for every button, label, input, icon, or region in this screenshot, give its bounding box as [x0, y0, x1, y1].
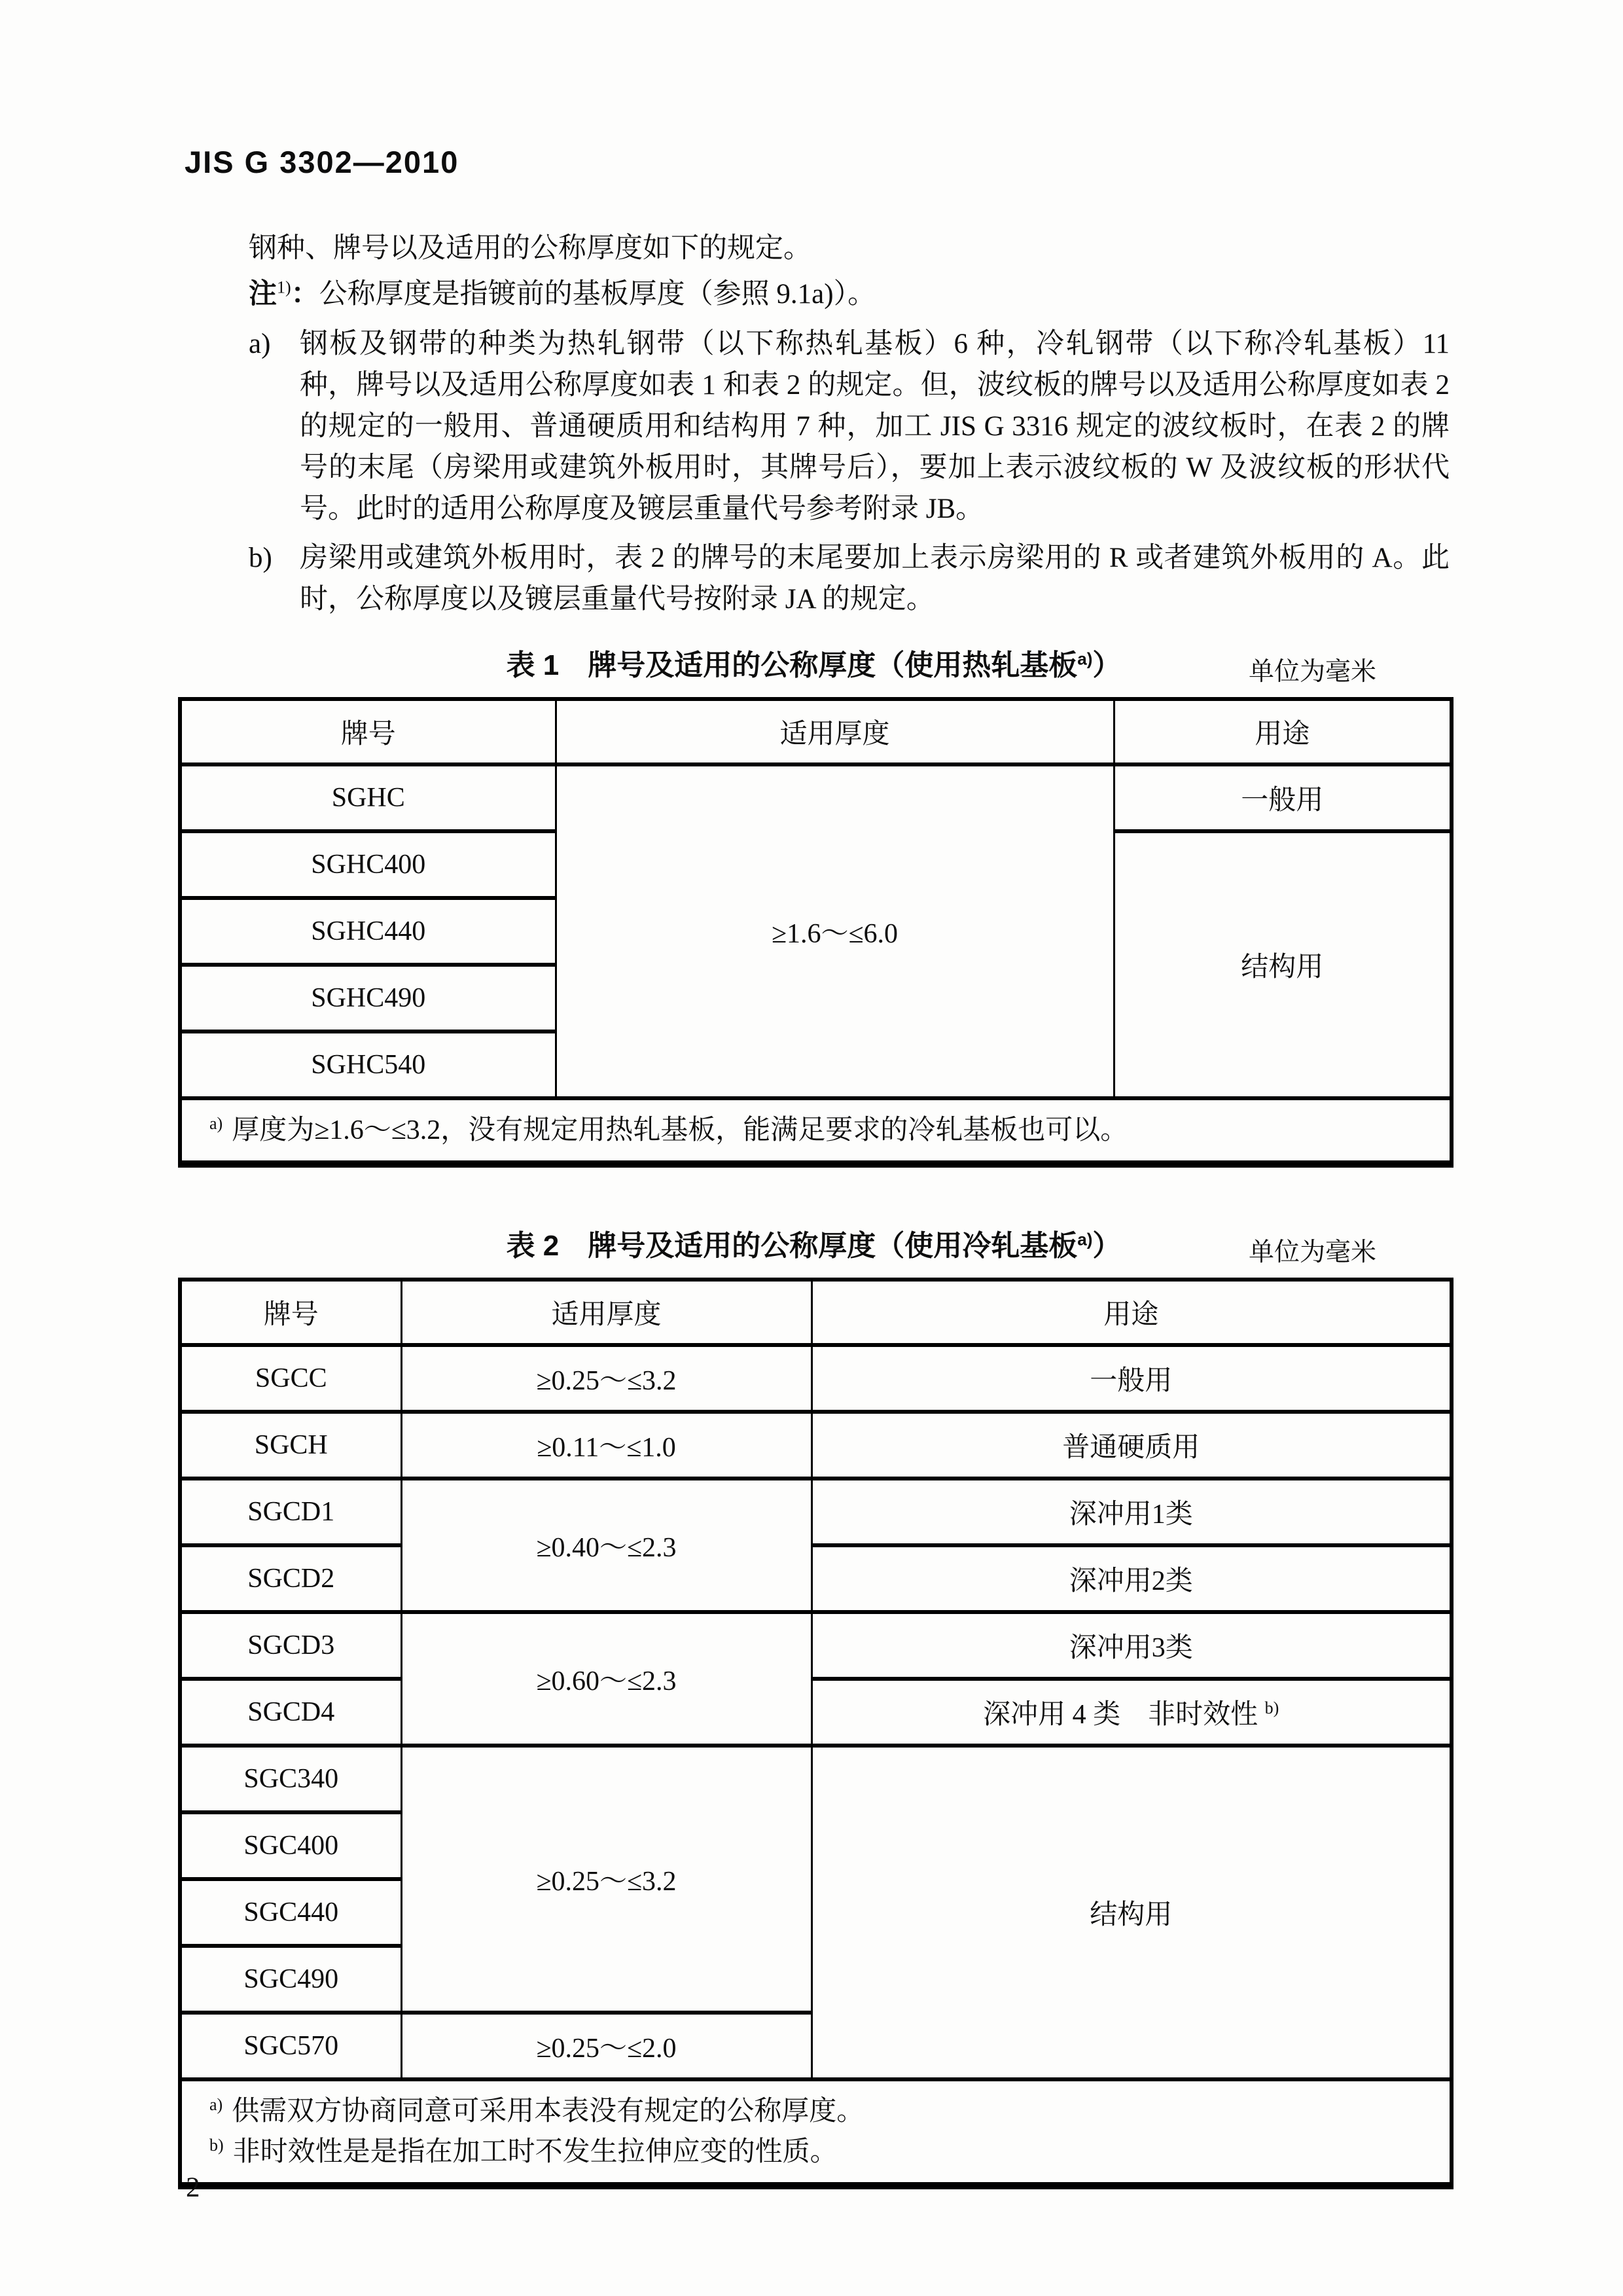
- list-item-a-text: 钢板及钢带的种类为热轧钢带（以下称热轧基板）6 种，冷轧钢带（以下称冷轧基板）1…: [300, 323, 1450, 529]
- list-item-b: b) 房梁用或建筑外板用时，表 2 的牌号的末尾要加上表示房梁用的 R 或者建筑…: [249, 537, 1450, 620]
- table2-header-row: 牌号 适用厚度 用途: [180, 1280, 1452, 1345]
- grade-cell: SGHC540: [180, 1031, 556, 1098]
- use-cell: 结构用: [1114, 831, 1452, 1098]
- note-colon: ：: [291, 279, 319, 310]
- list-item-b-text: 房梁用或建筑外板用时，表 2 的牌号的末尾要加上表示房梁用的 R 或者建筑外板用…: [300, 537, 1450, 620]
- grade-cell: SGHC440: [180, 898, 556, 965]
- grade-cell: SGC340: [180, 1746, 401, 1812]
- footnote-marker: a): [209, 1114, 223, 1133]
- footnote-text: 供需双方协商同意可采用本表没有规定的公称厚度。: [232, 2096, 864, 2126]
- grade-cell: SGC440: [180, 1879, 401, 1946]
- table2-header-thickness: 适用厚度: [401, 1280, 811, 1345]
- table1-title-close: ）: [1092, 649, 1121, 681]
- note-superscript: 1): [277, 278, 291, 297]
- use-cell: 普通硬质用: [811, 1412, 1452, 1479]
- thickness-cell: ≥0.40～≤2.3: [401, 1479, 811, 1612]
- table1-footnote-row: a)厚度为≥1.6～≤3.2，没有规定用热轧基板，能满足要求的冷轧基板也可以。: [180, 1098, 1452, 1164]
- thickness-cell: ≥1.6～≤6.0: [556, 764, 1114, 1098]
- note-text: 公称厚度是指镀前的基板厚度（参照 9.1a)）。: [319, 279, 876, 310]
- table-row: SGCH ≥0.11～≤1.0 普通硬质用: [180, 1412, 1452, 1479]
- list-item-a: a) 钢板及钢带的种类为热轧钢带（以下称热轧基板）6 种，冷轧钢带（以下称冷轧基…: [249, 323, 1450, 529]
- table1-hot-rolled-grades: 牌号 适用厚度 用途 SGHC ≥1.6～≤6.0 一般用 SGHC400 结构…: [178, 697, 1454, 1168]
- page-content: 钢种、牌号以及适用的公称厚度如下的规定。 注1)：公称厚度是指镀前的基板厚度（参…: [178, 228, 1450, 2189]
- grade-cell: SGC400: [180, 1812, 401, 1879]
- document-page: JIS G 3302—2010 钢种、牌号以及适用的公称厚度如下的规定。 注1)…: [0, 0, 1623, 2296]
- use-cell: 一般用: [811, 1345, 1452, 1412]
- table-row: SGCD3 ≥0.60～≤2.3 深冲用3类: [180, 1612, 1452, 1679]
- grade-cell: SGC490: [180, 1946, 401, 2013]
- thickness-cell: ≥0.25～≤3.2: [401, 1746, 811, 2013]
- table2-title-superscript: a): [1077, 1229, 1092, 1249]
- list-item-b-label: b): [249, 537, 300, 620]
- grade-cell: SGCC: [180, 1345, 401, 1412]
- table2-header-use: 用途: [811, 1280, 1452, 1345]
- use-cell: 深冲用1类: [811, 1479, 1452, 1545]
- footnote-line: a)供需双方协商同意可采用本表没有规定的公称厚度。: [209, 2092, 1436, 2131]
- footnote-text: 非时效性是是指在加工时不发生拉伸应变的性质。: [233, 2137, 838, 2167]
- table1-unit-note: 单位为毫米: [1249, 651, 1376, 688]
- grade-cell: SGC570: [180, 2013, 401, 2079]
- grade-cell: SGCD4: [180, 1679, 401, 1746]
- footnote-line: b)非时效性是是指在加工时不发生拉伸应变的性质。: [209, 2132, 1436, 2172]
- footnote-marker: a): [209, 2095, 223, 2114]
- table-row: SGCD1 ≥0.40～≤2.3 深冲用1类: [180, 1479, 1452, 1545]
- list-item-a-label: a): [249, 323, 300, 529]
- table-row: SGCC ≥0.25～≤3.2 一般用: [180, 1345, 1452, 1412]
- use-cell: 深冲用 4 类 非时效性 b): [811, 1679, 1452, 1746]
- intro-paragraph: 钢种、牌号以及适用的公称厚度如下的规定。: [249, 228, 1450, 270]
- thickness-cell: ≥0.11～≤1.0: [401, 1412, 811, 1479]
- table1-title-text: 表 1 牌号及适用的公称厚度（使用热轧基板: [507, 649, 1078, 681]
- table-row: SGHC ≥1.6～≤6.0 一般用: [180, 764, 1452, 831]
- grade-cell: SGCD3: [180, 1612, 401, 1679]
- thickness-cell: ≥0.25～≤3.2: [401, 1345, 811, 1412]
- footnote-marker: b): [209, 2136, 224, 2155]
- table1-header-thickness: 适用厚度: [556, 699, 1114, 764]
- table2-title-text: 表 2 牌号及适用的公称厚度（使用冷轧基板: [507, 1230, 1078, 1262]
- table-row: SGCD4 深冲用 4 类 非时效性 b): [180, 1679, 1452, 1746]
- grade-cell: SGHC: [180, 764, 556, 831]
- grade-cell: SGHC490: [180, 965, 556, 1031]
- table2-title-close: ）: [1092, 1230, 1121, 1262]
- table2-footnotes: a)供需双方协商同意可采用本表没有规定的公称厚度。 b)非时效性是是指在加工时不…: [180, 2079, 1452, 2186]
- table2-unit-note: 单位为毫米: [1249, 1232, 1376, 1268]
- grade-cell: SGHC400: [180, 831, 556, 898]
- use-cell: 结构用: [811, 1746, 1452, 2079]
- table2-caption: 表 2 牌号及适用的公称厚度（使用冷轧基板a)） 单位为毫米: [178, 1223, 1450, 1270]
- grade-cell: SGCD2: [180, 1545, 401, 1612]
- table2-footnote-row: a)供需双方协商同意可采用本表没有规定的公称厚度。 b)非时效性是是指在加工时不…: [180, 2079, 1452, 2186]
- use-superscript: b): [1265, 1698, 1279, 1717]
- table-row: SGCD2 深冲用2类: [180, 1545, 1452, 1612]
- grade-cell: SGCD1: [180, 1479, 401, 1545]
- thickness-cell: ≥0.60～≤2.3: [401, 1612, 811, 1746]
- table1-header-row: 牌号 适用厚度 用途: [180, 699, 1452, 764]
- footnote-text: 厚度为≥1.6～≤3.2，没有规定用热轧基板，能满足要求的冷轧基板也可以。: [232, 1115, 1128, 1145]
- standard-number: JIS G 3302—2010: [185, 144, 459, 180]
- table-row: SGC340 ≥0.25～≤3.2 结构用: [180, 1746, 1452, 1812]
- use-cell: 深冲用3类: [811, 1612, 1452, 1679]
- table1-header-use: 用途: [1114, 699, 1452, 764]
- use-cell: 深冲用2类: [811, 1545, 1452, 1612]
- table1-title-superscript: a): [1077, 649, 1092, 668]
- table2-header-grade: 牌号: [180, 1280, 401, 1345]
- thickness-cell: ≥0.25～≤2.0: [401, 2013, 811, 2079]
- grade-cell: SGCH: [180, 1412, 401, 1479]
- table1-caption: 表 1 牌号及适用的公称厚度（使用热轧基板a)） 单位为毫米: [178, 642, 1450, 689]
- table1-header-grade: 牌号: [180, 699, 556, 764]
- page-number: 2: [186, 2172, 200, 2204]
- note-paragraph: 注1)：公称厚度是指镀前的基板厚度（参照 9.1a)）。: [249, 274, 1450, 315]
- use-cell: 一般用: [1114, 764, 1452, 831]
- footnote-line: a)厚度为≥1.6～≤3.2，没有规定用热轧基板，能满足要求的冷轧基板也可以。: [209, 1111, 1436, 1150]
- use-text: 深冲用 4 类 非时效性: [983, 1700, 1258, 1730]
- note-label: 注: [249, 279, 277, 310]
- table1-footnote: a)厚度为≥1.6～≤3.2，没有规定用热轧基板，能满足要求的冷轧基板也可以。: [180, 1098, 1452, 1164]
- table2-cold-rolled-grades: 牌号 适用厚度 用途 SGCC ≥0.25～≤3.2 一般用 SGCH ≥0.1…: [178, 1278, 1454, 2189]
